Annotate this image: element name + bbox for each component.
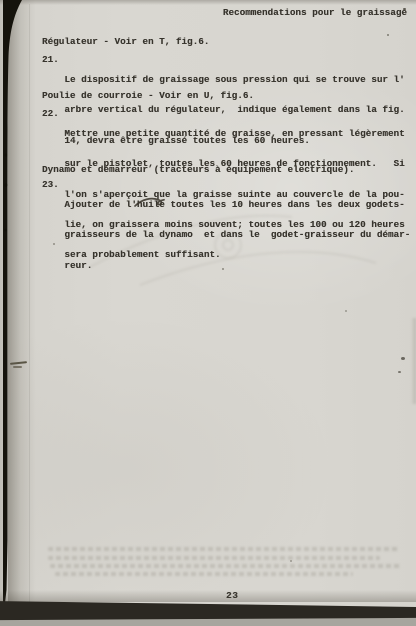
scanned-page: Recommendations pour le graissage Régula… — [0, 0, 416, 626]
bottom-page-shadow — [0, 590, 416, 602]
top-edge-shade — [0, 0, 416, 5]
list-item-23: 23. Ajouter de l'huile toutes les 10 heu… — [42, 180, 410, 291]
section-heading-poulie: Poulie de courroie - Voir en U, fig.6. — [42, 91, 254, 101]
right-edge-smudge — [411, 318, 416, 404]
ink-speck — [387, 34, 389, 36]
section-heading-dynamo: Dynamo et démarreur (tracteurs à équipem… — [42, 165, 354, 175]
item-number: 23. — [42, 180, 64, 291]
item-line: Le dispositif de graissage sous pression… — [64, 75, 404, 85]
item-body: Ajouter de l'huile toutes les 10 heures … — [64, 180, 410, 291]
ink-speck — [403, 8, 406, 10]
ink-speck — [222, 268, 224, 270]
ink-speck — [398, 371, 401, 373]
item-line: graisseurs de la dynamo et dans le godet… — [64, 230, 410, 240]
ink-speck — [53, 243, 55, 245]
ink-speck — [290, 560, 292, 562]
book-binding-edge — [0, 0, 40, 626]
handwritten-squiggle-icon — [133, 195, 167, 211]
running-header: Recommendations pour le graissage — [223, 8, 407, 18]
item-line: reur. — [64, 261, 410, 271]
ink-speck — [401, 357, 405, 360]
item-line: Ajouter de l'huile toutes les 10 heures … — [64, 200, 410, 210]
section-heading-regulateur: Régulateur - Voir en T, fig.6. — [42, 37, 209, 47]
ink-speck — [345, 310, 347, 312]
item-line: Mettre une petite quantité de graisse, e… — [64, 129, 404, 139]
